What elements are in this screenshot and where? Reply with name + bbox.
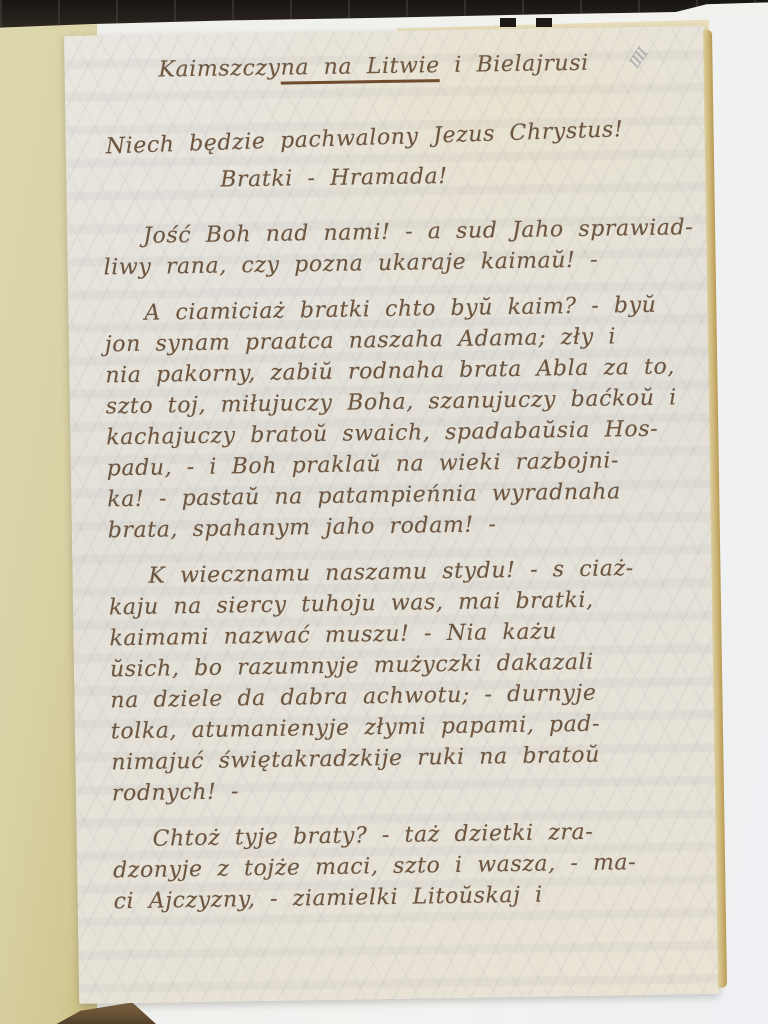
title-pre: Kaimszczy bbox=[158, 56, 280, 83]
title-post: i Bielajrusi bbox=[440, 51, 589, 78]
manuscript-content: Kaimszczyna na Litwie i Bielajrusi Niech… bbox=[64, 26, 718, 918]
manuscript-salutation: Niech będzie pachwalony Jezus Chrystus! bbox=[101, 112, 688, 162]
manuscript-greeting: Bratki - Hramada! bbox=[102, 157, 688, 197]
paragraph: Chtoż tyje braty? - taż dzietki zra- dzo… bbox=[112, 815, 699, 917]
paragraph: Jość Boh nad nami! - a sud Jaho sprawiad… bbox=[103, 212, 690, 283]
manuscript-page: IIII Kaimszczyna na Litwie i Bielajrusi … bbox=[64, 26, 719, 1004]
shelf-clip bbox=[536, 18, 552, 27]
paragraph: A ciamiciaż bratki chto byŭ kaim? - byŭ … bbox=[104, 289, 694, 546]
paragraph: K wiecznamu naszamu stydu! - s ciaż- kaj… bbox=[108, 552, 698, 809]
manuscript-title: Kaimszczyna na Litwie i Bielajrusi bbox=[100, 46, 686, 86]
title-underlined: na na Litwie bbox=[280, 53, 440, 84]
shelf-clip bbox=[500, 18, 516, 27]
